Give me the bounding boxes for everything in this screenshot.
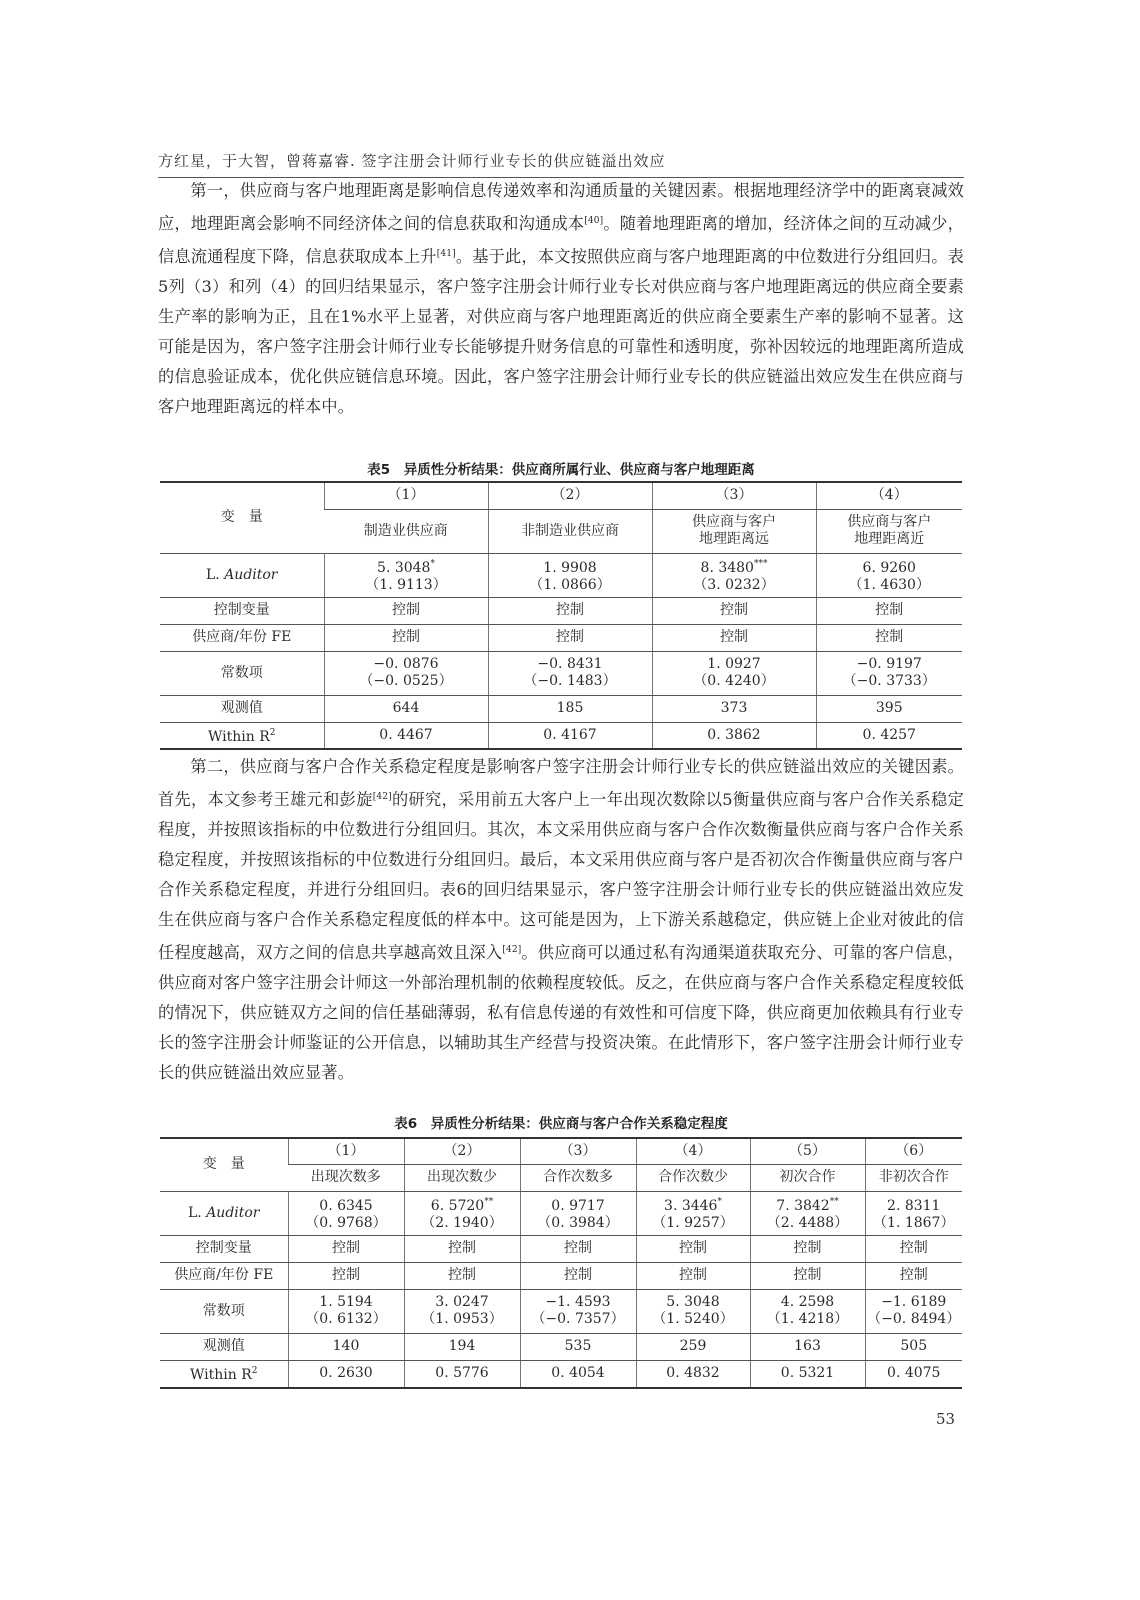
coef-value: 6. 5720 [431, 1198, 484, 1214]
controls-cell: 控制 [324, 597, 488, 624]
coefficient: 5. 3048 [637, 1294, 750, 1311]
fe-cell: 控制 [636, 1262, 750, 1289]
coefficient: −0. 0876 [325, 656, 488, 673]
table6-col-num: （4） [636, 1138, 750, 1164]
auditor-cell: 6. 9260（1. 4630） [816, 553, 962, 597]
controls-cell: 控制 [520, 1235, 636, 1262]
standard-error: （−0. 0525） [325, 673, 488, 690]
standard-error: （1. 9257） [637, 1215, 750, 1232]
label-prefix: L. [206, 567, 224, 583]
col-label-line: 地理距离近 [817, 531, 963, 548]
label-variable: Auditor [224, 567, 277, 583]
coef-value: 8. 3480 [701, 560, 754, 576]
running-head: 方红星，于大智，曾蒋嘉睿. 签字注册会计师行业专长的供应链溢出效应 [158, 150, 964, 178]
obs-cell: 259 [636, 1333, 750, 1360]
standard-error: （1. 4630） [817, 577, 963, 594]
table5-caption: 表5 异质性分析结果：供应商所属行业、供应商与客户地理距离 [158, 458, 964, 478]
row-label-r2: Within R2 [160, 1360, 288, 1388]
coefficient: 8. 3480*** [653, 556, 816, 577]
obs-cell: 644 [324, 695, 488, 722]
coef-value: 0. 6345 [319, 1198, 372, 1214]
const-cell: 4. 2598（1. 4218） [750, 1289, 865, 1333]
coefficient: −1. 4593 [521, 1294, 636, 1311]
table5-col-num: （4） [816, 482, 962, 509]
obs-cell: 535 [520, 1333, 636, 1360]
coefficient: −0. 9197 [817, 656, 963, 673]
auditor-cell: 5. 3048*（1. 9113） [324, 553, 488, 597]
obs-cell: 505 [865, 1333, 962, 1360]
table5-col-label: 供应商与客户地理距离远 [652, 509, 816, 553]
table6-col-num: （3） [520, 1138, 636, 1164]
auditor-cell: 8. 3480***（3. 0232） [652, 553, 816, 597]
table6-col-label: 出现次数少 [404, 1164, 520, 1191]
fe-cell: 控制 [520, 1262, 636, 1289]
controls-cell: 控制 [816, 597, 962, 624]
auditor-cell: 3. 3446*（1. 9257） [636, 1191, 750, 1235]
r2-cell: 0. 2630 [288, 1360, 404, 1388]
r2-cell: 0. 4054 [520, 1360, 636, 1388]
significance-stars: * [717, 1197, 722, 1207]
const-cell: −1. 4593（−0. 7357） [520, 1289, 636, 1333]
standard-error: （0. 6132） [289, 1311, 404, 1328]
coefficient: −1. 6189 [866, 1294, 963, 1311]
const-cell: −0. 9197（−0. 3733） [816, 651, 962, 695]
coefficient: 0. 9717 [521, 1194, 636, 1215]
obs-cell: 194 [404, 1333, 520, 1360]
table6-col-num: （5） [750, 1138, 865, 1164]
coefficient: 7. 3842** [751, 1194, 865, 1215]
controls-cell: 控制 [488, 597, 652, 624]
row-label-fe: 供应商/年份 FE [160, 624, 324, 651]
table6-col-num: （1） [288, 1138, 404, 1164]
obs-cell: 373 [652, 695, 816, 722]
table6-col-label: 初次合作 [750, 1164, 865, 1191]
r2-superscript: 2 [252, 1366, 258, 1376]
controls-cell: 控制 [750, 1235, 865, 1262]
controls-cell: 控制 [865, 1235, 962, 1262]
standard-error: （1. 9113） [325, 577, 488, 594]
table5-col-label: 非制造业供应商 [488, 509, 652, 553]
paragraph-text: 的研究，采用前五大客户上一年出现次数除以5衡量供应商与客户合作关系稳定程度，并按… [158, 790, 964, 962]
col-label-line: 制造业供应商 [324, 523, 488, 540]
standard-error: （0. 4240） [653, 673, 816, 690]
coef-value: 3. 3446 [664, 1198, 717, 1214]
row-label-fe: 供应商/年份 FE [160, 1262, 288, 1289]
table6: 变 量 （1）（2）（3）（4）（5）（6） 出现次数多出现次数少合作次数多合作… [160, 1137, 962, 1389]
fe-cell: 控制 [324, 624, 488, 651]
auditor-cell: 7. 3842**（2. 4488） [750, 1191, 865, 1235]
const-cell: −1. 6189（−0. 8494） [865, 1289, 962, 1333]
row-label-const: 常数项 [160, 1289, 288, 1333]
obs-cell: 395 [816, 695, 962, 722]
coefficient: −0. 8431 [489, 656, 652, 673]
controls-cell: 控制 [288, 1235, 404, 1262]
table5-var-header: 变 量 [160, 482, 324, 553]
coefficient: 0. 6345 [289, 1194, 404, 1215]
row-label-obs: 观测值 [160, 695, 324, 722]
standard-error: （2. 1940） [405, 1215, 520, 1232]
coef-value: 2. 8311 [887, 1198, 940, 1214]
auditor-cell: 0. 6345（0. 9768） [288, 1191, 404, 1235]
table5-col-num: （2） [488, 482, 652, 509]
table6-caption: 表6 异质性分析结果：供应商与客户合作关系稳定程度 [158, 1112, 964, 1132]
standard-error: （−0. 3733） [817, 673, 963, 690]
table5: 变 量 （1） （2） （3） （4） 制造业供应商非制造业供应商供应商与客户地… [160, 481, 962, 750]
auditor-cell: 1. 9908（1. 0866） [488, 553, 652, 597]
fe-cell: 控制 [750, 1262, 865, 1289]
table6-col-label: 合作次数少 [636, 1164, 750, 1191]
r2-label: Within R [190, 1367, 252, 1383]
standard-error: （0. 9768） [289, 1215, 404, 1232]
row-label-auditor: L. Auditor [160, 553, 324, 597]
coefficient: 1. 5194 [289, 1294, 404, 1311]
standard-error: （1. 0953） [405, 1311, 520, 1328]
coef-value: 6. 9260 [863, 560, 916, 576]
coef-value: 5. 3048 [377, 560, 430, 576]
r2-cell: 0. 4467 [324, 722, 488, 749]
coefficient: 3. 3446* [637, 1194, 750, 1215]
col-label-line: 非制造业供应商 [489, 523, 652, 540]
r2-cell: 0. 4167 [488, 722, 652, 749]
row-label-controls: 控制变量 [160, 597, 324, 624]
const-cell: 3. 0247（1. 0953） [404, 1289, 520, 1333]
fe-cell: 控制 [865, 1262, 962, 1289]
standard-error: （1. 4218） [751, 1311, 865, 1328]
coefficient: 3. 0247 [405, 1294, 520, 1311]
table5-col-label: 制造业供应商 [324, 509, 488, 553]
r2-cell: 0. 4257 [816, 722, 962, 749]
coefficient: 6. 9260 [817, 556, 963, 577]
standard-error: （2. 4488） [751, 1215, 865, 1232]
fe-cell: 控制 [816, 624, 962, 651]
citation-ref: [42] [373, 792, 392, 802]
const-cell: 5. 3048（1. 5240） [636, 1289, 750, 1333]
significance-stars: ** [484, 1197, 493, 1207]
label-prefix: L. [188, 1205, 206, 1221]
fe-cell: 控制 [652, 624, 816, 651]
r2-cell: 0. 5321 [750, 1360, 865, 1388]
table6-col-label: 非初次合作 [865, 1164, 962, 1191]
auditor-cell: 6. 5720**（2. 1940） [404, 1191, 520, 1235]
table6-col-num: （6） [865, 1138, 962, 1164]
table6-col-label: 出现次数多 [288, 1164, 404, 1191]
paragraph-text: 。供应商可以通过私有沟通渠道获取充分、可靠的客户信息，供应商对客户签字注册会计师… [158, 943, 964, 1082]
obs-cell: 163 [750, 1333, 865, 1360]
table5-col-num: （1） [324, 482, 488, 509]
standard-error: （1. 5240） [637, 1311, 750, 1328]
const-cell: −0. 0876（−0. 0525） [324, 651, 488, 695]
obs-cell: 185 [488, 695, 652, 722]
r2-label: Within R [208, 729, 270, 745]
standard-error: （1. 1867） [866, 1215, 963, 1232]
citation-ref: [41] [437, 249, 456, 259]
const-cell: 1. 5194（0. 6132） [288, 1289, 404, 1333]
row-label-auditor: L. Auditor [160, 1191, 288, 1235]
table6-col-label: 合作次数多 [520, 1164, 636, 1191]
table6-col-num: （2） [404, 1138, 520, 1164]
r2-cell: 0. 5776 [404, 1360, 520, 1388]
coef-value: 7. 3842 [776, 1198, 829, 1214]
r2-cell: 0. 4075 [865, 1360, 962, 1388]
controls-cell: 控制 [652, 597, 816, 624]
fe-cell: 控制 [404, 1262, 520, 1289]
const-cell: −0. 8431（−0. 1483） [488, 651, 652, 695]
controls-cell: 控制 [636, 1235, 750, 1262]
coefficient: 6. 5720** [405, 1194, 520, 1215]
significance-stars: * [430, 559, 435, 569]
table5-col-label: 供应商与客户地理距离近 [816, 509, 962, 553]
coef-value: 0. 9717 [551, 1198, 604, 1214]
standard-error: （3. 0232） [653, 577, 816, 594]
r2-superscript: 2 [270, 728, 276, 738]
obs-cell: 140 [288, 1333, 404, 1360]
coefficient: 4. 2598 [751, 1294, 865, 1311]
fe-cell: 控制 [488, 624, 652, 651]
r2-cell: 0. 4832 [636, 1360, 750, 1388]
paragraph-geographic-distance: 第一，供应商与客户地理距离是影响信息传递效率和沟通质量的关键因素。根据地理经济学… [158, 176, 964, 422]
coefficient: 1. 9908 [489, 556, 652, 577]
fe-cell: 控制 [288, 1262, 404, 1289]
col-label-line: 供应商与客户 [817, 514, 963, 531]
coefficient: 2. 8311 [866, 1194, 963, 1215]
standard-error: （−0. 7357） [521, 1311, 636, 1328]
table6-var-header: 变 量 [160, 1138, 288, 1191]
standard-error: （1. 0866） [489, 577, 652, 594]
paragraph-cooperation-stability: 第二，供应商与客户合作关系稳定程度是影响客户签字注册会计师行业专长的供应链溢出效… [158, 752, 964, 1088]
citation-ref: [40] [584, 216, 603, 226]
table5-col-num: （3） [652, 482, 816, 509]
row-label-obs: 观测值 [160, 1333, 288, 1360]
auditor-cell: 2. 8311（1. 1867） [865, 1191, 962, 1235]
page-number: 53 [936, 1410, 955, 1428]
label-variable: Auditor [206, 1205, 259, 1221]
row-label-controls: 控制变量 [160, 1235, 288, 1262]
standard-error: （−0. 8494） [866, 1311, 963, 1328]
row-label-const: 常数项 [160, 651, 324, 695]
coefficient: 5. 3048* [325, 556, 488, 577]
const-cell: 1. 0927（0. 4240） [652, 651, 816, 695]
col-label-line: 供应商与客户 [653, 514, 816, 531]
auditor-cell: 0. 9717（0. 3984） [520, 1191, 636, 1235]
paragraph-text: 。基于此，本文按照供应商与客户地理距离的中位数进行分组回归。表5列（3）和列（4… [158, 247, 964, 416]
significance-stars: *** [754, 559, 768, 569]
row-label-r2: Within R2 [160, 722, 324, 749]
coef-value: 1. 9908 [543, 560, 596, 576]
r2-cell: 0. 3862 [652, 722, 816, 749]
coefficient: 1. 0927 [653, 656, 816, 673]
significance-stars: ** [830, 1197, 839, 1207]
citation-ref: [42] [502, 945, 521, 955]
standard-error: （0. 3984） [521, 1215, 636, 1232]
standard-error: （−0. 1483） [489, 673, 652, 690]
col-label-line: 地理距离远 [653, 531, 816, 548]
controls-cell: 控制 [404, 1235, 520, 1262]
